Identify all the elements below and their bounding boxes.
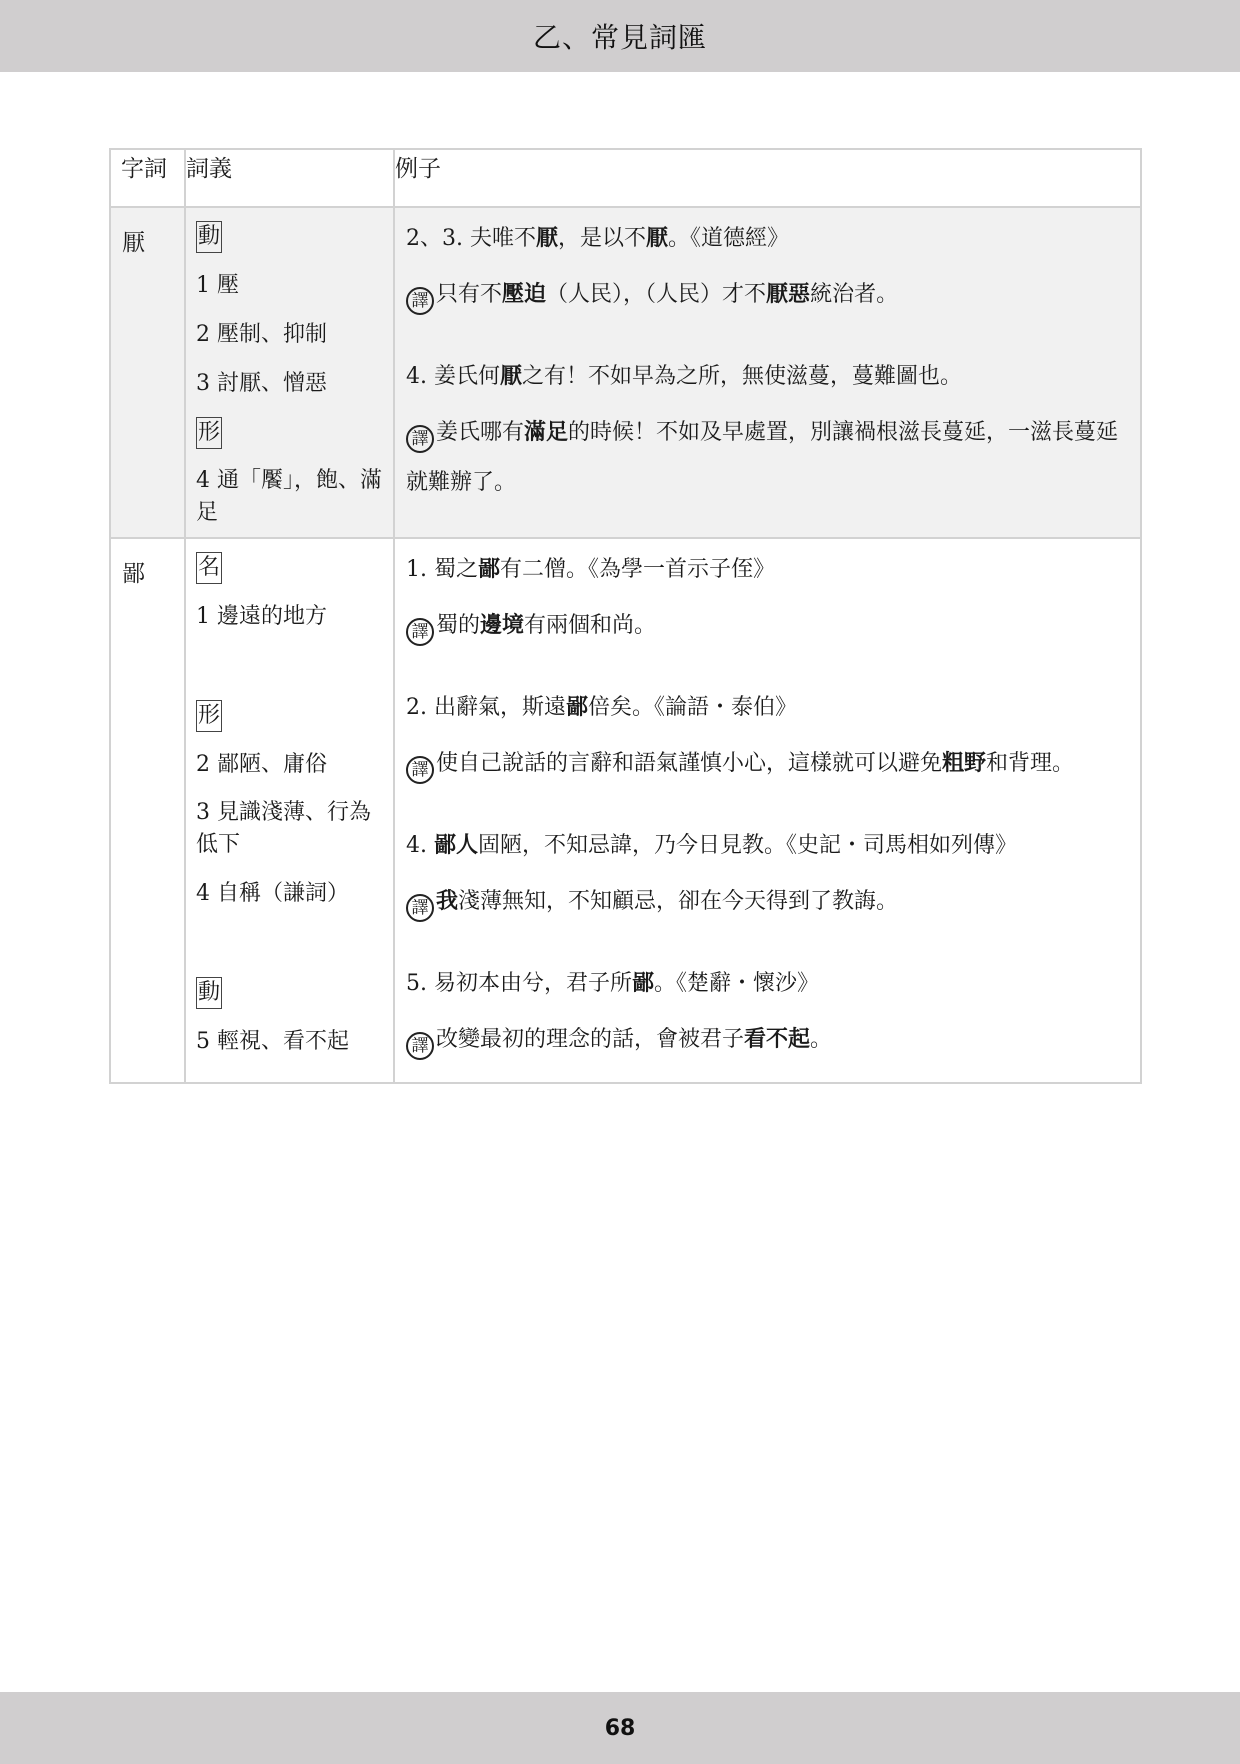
pos-tag-adjective: 形 <box>196 700 222 732</box>
definition-item: 3 討厭、憎惡 <box>196 367 385 400</box>
definition-item: 2 壓制、抑制 <box>196 318 385 351</box>
page-title: 乙、常見詞匯 <box>533 16 707 56</box>
column-header-meaning: 詞義 <box>185 149 394 207</box>
example-translation: 譯我淺薄無知，不知顧忌，卻在今天得到了教誨。 <box>406 876 1128 927</box>
translation-icon: 譯 <box>406 894 434 922</box>
example-translation: 譯姜氏哪有滿足的時候！不如及早處置，別讓禍根滋長蔓延，一滋長蔓延就難辦了。 <box>406 407 1128 508</box>
table-header-row: 字詞 詞義 例子 <box>110 149 1141 207</box>
page-header: 乙、常見詞匯 <box>0 0 1240 72</box>
column-header-examples: 例子 <box>394 149 1141 207</box>
example-source: 2. 出辭氣，斯遠鄙倍矣。《論語・泰伯》 <box>406 691 1128 724</box>
definitions-cell: 動 1 壓 2 壓制、抑制 3 討厭、憎惡 形 4 通「饜」，飽、滿足 <box>185 207 394 538</box>
example-source: 4. 鄙人固陋，不知忌諱，乃今日見教。《史記・司馬相如列傳》 <box>406 829 1128 862</box>
example-source: 2、3. 夫唯不厭，是以不厭。《道德經》 <box>406 222 1128 255</box>
example-source: 5. 易初本由兮，君子所鄙。《楚辭・懷沙》 <box>406 967 1128 1000</box>
page-number: 68 <box>605 1716 636 1741</box>
definition-item: 2 鄙陋、庸俗 <box>196 748 385 781</box>
definition-item: 1 壓 <box>196 269 385 302</box>
pos-tag-adjective: 形 <box>196 417 222 449</box>
pos-tag-verb: 動 <box>196 977 222 1009</box>
translation-icon: 譯 <box>406 618 434 646</box>
definition-item: 4 通「饜」，飽、滿足 <box>196 465 385 529</box>
translation-icon: 譯 <box>406 756 434 784</box>
definition-item: 4 自稱（謙詞） <box>196 877 385 910</box>
definitions-cell: 名 1 邊遠的地方 形 2 鄙陋、庸俗 3 見識淺薄、行為低下 4 自稱（謙詞）… <box>185 538 394 1083</box>
definition-item: 3 見識淺薄、行為低下 <box>196 797 385 861</box>
example-source: 4. 姜氏何厭之有！不如早為之所，無使滋蔓，蔓難圖也。 <box>406 360 1128 393</box>
pos-tag-noun: 名 <box>196 552 222 584</box>
vocabulary-table: 字詞 詞義 例子 厭 動 1 壓 2 壓制、抑制 3 討厭、憎惡 形 4 通「饜… <box>109 148 1142 1084</box>
example-source: 1. 蜀之鄙有二僧。《為學一首示子侄》 <box>406 553 1128 586</box>
word-cell: 厭 <box>110 207 185 538</box>
pos-tag-verb: 動 <box>196 221 222 253</box>
page-footer: 68 <box>0 1692 1240 1764</box>
definition-item: 1 邊遠的地方 <box>196 600 385 633</box>
translation-icon: 譯 <box>406 425 434 453</box>
translation-icon: 譯 <box>406 287 434 315</box>
examples-cell: 1. 蜀之鄙有二僧。《為學一首示子侄》 譯蜀的邊境有兩個和尚。 2. 出辭氣，斯… <box>394 538 1141 1083</box>
example-translation: 譯只有不壓迫（人民），（人民）才不厭惡統治者。 <box>406 269 1128 320</box>
examples-cell: 2、3. 夫唯不厭，是以不厭。《道德經》 譯只有不壓迫（人民），（人民）才不厭惡… <box>394 207 1141 538</box>
example-translation: 譯蜀的邊境有兩個和尚。 <box>406 600 1128 651</box>
definition-item: 5 輕視、看不起 <box>196 1025 385 1058</box>
word-cell: 鄙 <box>110 538 185 1083</box>
table-row: 厭 動 1 壓 2 壓制、抑制 3 討厭、憎惡 形 4 通「饜」，飽、滿足 2、… <box>110 207 1141 538</box>
column-header-word: 字詞 <box>110 149 185 207</box>
table-row: 鄙 名 1 邊遠的地方 形 2 鄙陋、庸俗 3 見識淺薄、行為低下 4 自稱（謙… <box>110 538 1141 1083</box>
example-translation: 譯使自己說話的言辭和語氣謹慎小心，這樣就可以避免粗野和背理。 <box>406 738 1128 789</box>
translation-icon: 譯 <box>406 1032 434 1060</box>
example-translation: 譯改變最初的理念的話，會被君子看不起。 <box>406 1014 1128 1065</box>
